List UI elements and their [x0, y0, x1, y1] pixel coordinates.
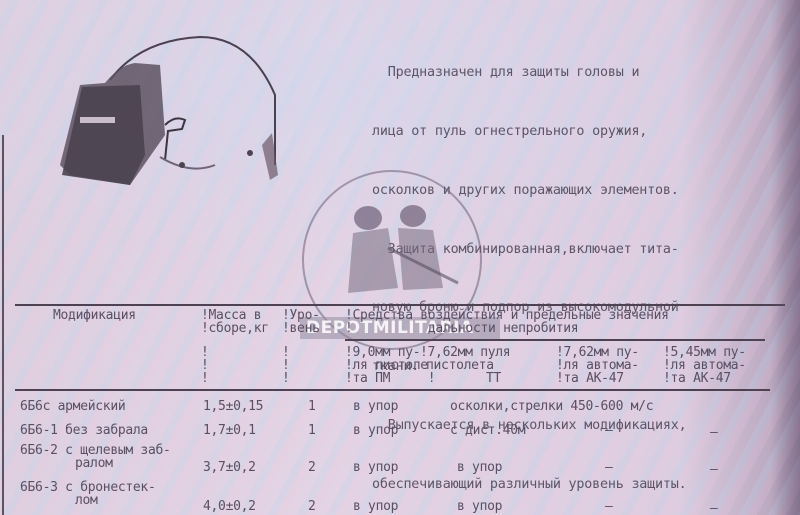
- table-top-rule: [15, 304, 785, 306]
- header-modification: Модификация: [53, 309, 136, 322]
- row-value: в упор: [353, 461, 398, 474]
- row-value: в упор: [457, 500, 502, 513]
- row-value: –: [710, 426, 718, 439]
- row-mass: 4,0±0,2: [203, 500, 256, 513]
- row-name: ралом: [75, 457, 113, 470]
- row-value: –: [710, 502, 718, 515]
- row-name: 6Б6с армейский: [20, 400, 125, 413]
- means-subheader-rule: [345, 339, 765, 341]
- description-line: лица от пуль огнестрельного оружия,: [372, 122, 772, 142]
- row-name: 6Б6-1 без забрала: [20, 424, 148, 437]
- column-separator: ! ! !: [282, 346, 290, 385]
- row-level: 1: [308, 424, 316, 437]
- soldiers-emblem-icon: [328, 198, 468, 298]
- sub-header-ak47-762: !та АК-47: [556, 372, 624, 385]
- row-value: в упор: [353, 424, 398, 437]
- row-value: –: [605, 424, 613, 437]
- header-bottom-rule: [15, 389, 770, 391]
- row-level: 2: [308, 500, 316, 513]
- row-name: лом: [75, 494, 98, 507]
- sub-header-ak47-545: !та АК-47: [663, 372, 731, 385]
- column-separator: ! ! !: [201, 346, 209, 385]
- description-line: Предназначен для защиты головы и: [372, 63, 772, 83]
- row-value: –: [605, 461, 613, 474]
- row-value: в упор: [353, 400, 398, 413]
- row-level: 2: [308, 461, 316, 474]
- description-line: обеспечивающий различный уровень защиты.: [372, 475, 772, 495]
- page-edge: [2, 135, 4, 515]
- row-value: с дист.40м: [450, 424, 525, 437]
- sub-header-pm: !та ПМ !: [345, 372, 435, 385]
- row-mass: 1,7±0,1: [203, 424, 256, 437]
- helmet-illustration: [50, 25, 310, 205]
- row-level: 1: [308, 400, 316, 413]
- sub-header-tt: пистолета: [426, 359, 494, 372]
- header-mass: !сборе,кг: [201, 322, 269, 335]
- row-mass: 3,7±0,2: [203, 461, 256, 474]
- row-mass: 1,5±0,15: [203, 400, 263, 413]
- row-value: в упор: [353, 500, 398, 513]
- row-value: –: [605, 500, 613, 513]
- row-value: осколки,стрелки 450-600 м/с: [450, 400, 653, 413]
- header-means: ! дальности непробития: [345, 322, 578, 335]
- row-value: в упор: [457, 461, 502, 474]
- row-value: –: [710, 463, 718, 476]
- page-shadow: [770, 0, 800, 515]
- header-level: !вень: [282, 322, 320, 335]
- sub-header-tt: ТТ: [486, 372, 501, 385]
